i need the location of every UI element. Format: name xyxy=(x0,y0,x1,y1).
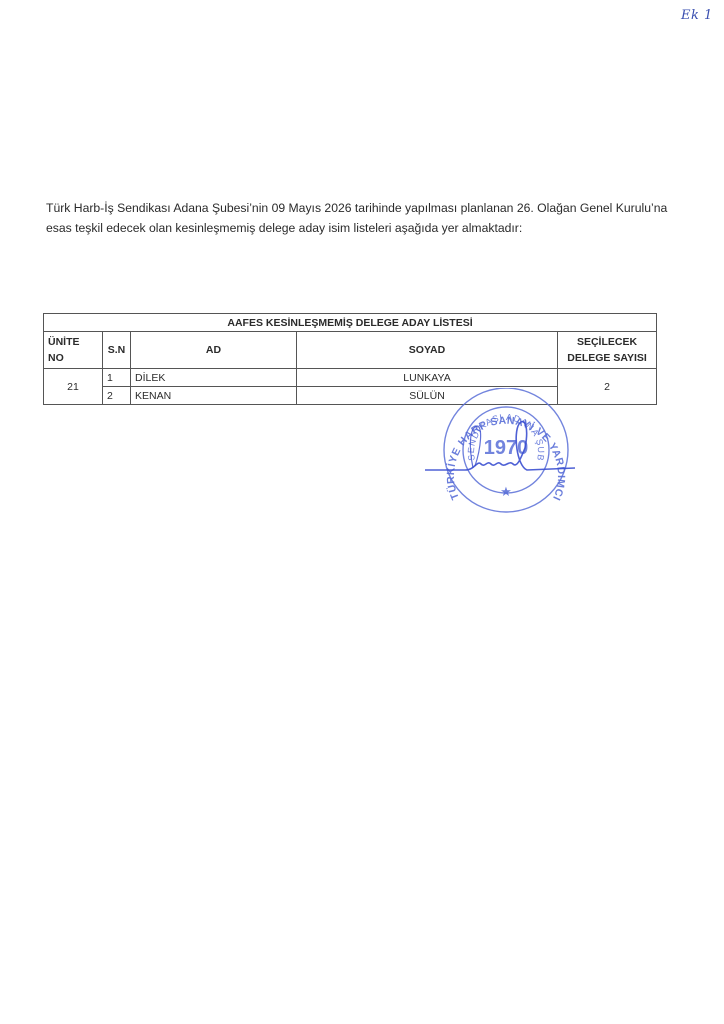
header-soyad: SOYAD xyxy=(297,332,558,369)
sn-cell: 2 xyxy=(103,387,131,405)
unite-no-cell: 21 xyxy=(44,369,103,405)
soyad-cell: SÜLÜN xyxy=(297,387,558,405)
ad-cell: KENAN xyxy=(131,387,297,405)
signature xyxy=(425,421,575,470)
soyad-cell: LUNKAYA xyxy=(297,369,558,387)
page-annex-mark: Ek 1 xyxy=(681,8,713,23)
svg-text:TÜRKİYE HARP SANAYİ VE YARDIMC: TÜRKİYE HARP SANAYİ VE YARDIMCI İŞKOLLAR… xyxy=(425,388,567,503)
header-secilecek-delege-sayisi: SEÇİLECEK DELEGE SAYISI xyxy=(558,332,657,369)
ad-cell: DİLEK xyxy=(131,369,297,387)
stamp-year: 1970 xyxy=(484,437,529,459)
star-icon: ★ xyxy=(500,484,512,499)
intro-paragraph: Türk Harb-İş Sendikası Adana Şubesi’nin … xyxy=(46,198,686,238)
header-unite-no: ÜNİTE NO xyxy=(44,332,103,369)
table-title-row: AAFES KESİNLEŞMEMİŞ DELEGE ADAY LİSTESİ xyxy=(44,314,657,332)
sn-cell: 1 xyxy=(103,369,131,387)
table-header-row: ÜNİTE NO S.N AD SOYAD SEÇİLECEK DELEGE S… xyxy=(44,332,657,369)
table-row: 21 1 DİLEK LUNKAYA 2 xyxy=(44,369,657,387)
header-sn: S.N xyxy=(103,332,131,369)
delegate-count-cell: 2 xyxy=(558,369,657,405)
stamp-outer-text: TÜRKİYE HARP SANAYİ VE YARDIMCI İŞKOLLAR… xyxy=(425,388,567,503)
header-ad: AD xyxy=(131,332,297,369)
union-seal-stamp: TÜRKİYE HARP SANAYİ VE YARDIMCI İŞKOLLAR… xyxy=(425,388,585,518)
delegate-candidate-table: AAFES KESİNLEŞMEMİŞ DELEGE ADAY LİSTESİ … xyxy=(43,313,657,405)
table-title: AAFES KESİNLEŞMEMİŞ DELEGE ADAY LİSTESİ xyxy=(44,314,657,332)
